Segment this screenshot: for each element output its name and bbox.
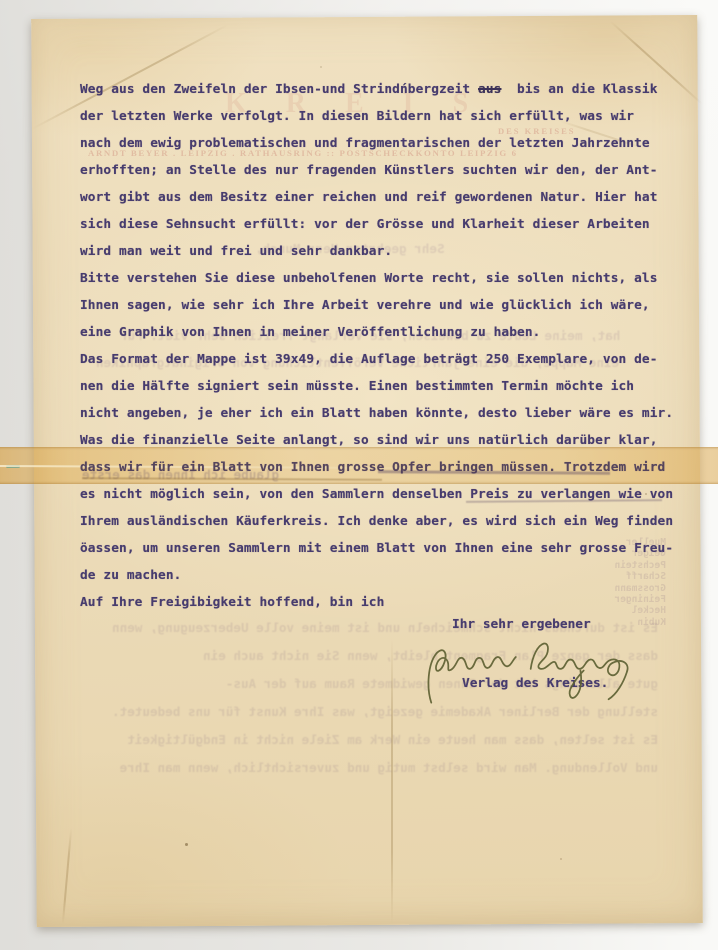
paper-speck: [185, 843, 188, 846]
bleedthrough-line: Es ist selten, dass man heute ein Werk a…: [80, 732, 658, 760]
letter-body: Weg aus den Zweifeln der Ibsen-und Strin…: [80, 82, 673, 622]
typed-text: Weg aus den Zweifeln der Ibsen-und Strin…: [80, 82, 478, 97]
typed-line: Weg aus den Zweifeln der Ibsen-und Strin…: [80, 82, 673, 109]
typed-line: nicht angeben, je eher ich ein Blatt hab…: [80, 406, 673, 433]
typed-line: Was die finanzielle Seite anlangt, so si…: [80, 433, 673, 460]
typed-line: de zu machen.: [80, 568, 673, 595]
typed-line: wird man weit und frei und sehr dankbar.: [80, 244, 673, 271]
typed-text: bis an die Klassik: [501, 82, 657, 97]
handwritten-signature: [418, 630, 650, 706]
paper-speck: [560, 858, 562, 860]
letter-photograph: K R E I S DES KREISES ARNDT BEYER . LEIP…: [0, 0, 718, 950]
typed-line: Das Format der Mappe ist 39x49, die Aufl…: [80, 352, 673, 379]
typed-line: wort gibt aus dem Besitz einer reichen u…: [80, 190, 673, 217]
typed-line: Bitte verstehen Sie diese unbeholfenen W…: [80, 271, 673, 298]
typed-line: sich diese Sehnsucht erfüllt: vor der Gr…: [80, 217, 673, 244]
typed-line: nen die Hälfte signiert sein müsste. Ein…: [80, 379, 673, 406]
typed-line: erhofften; an Stelle des nur fragenden K…: [80, 163, 673, 190]
typed-line: eine Graphik von Ihnen in meiner Veröffe…: [80, 325, 673, 352]
paper-speck: [320, 66, 322, 68]
typed-line: öassen, um unseren Sammlern mit einem Bl…: [80, 541, 673, 568]
bleedthrough-line: und Vollendung. Man wird selbst mutig un…: [80, 760, 658, 788]
struck-word: aus: [478, 82, 501, 97]
typed-line: Ihnen sagen, wie sehr ich Ihre Arbeit ve…: [80, 298, 673, 325]
typed-line: der letzten Werke verfolgt. In diesen Bi…: [80, 109, 673, 136]
bleedthrough-line: stellung der Berliner Akademie gezeigt, …: [80, 704, 658, 732]
typed-line: Ihrem ausländischen Käuferkreis. Ich den…: [80, 514, 673, 541]
typed-line: nach dem ewig problematischen und fragme…: [80, 136, 673, 163]
